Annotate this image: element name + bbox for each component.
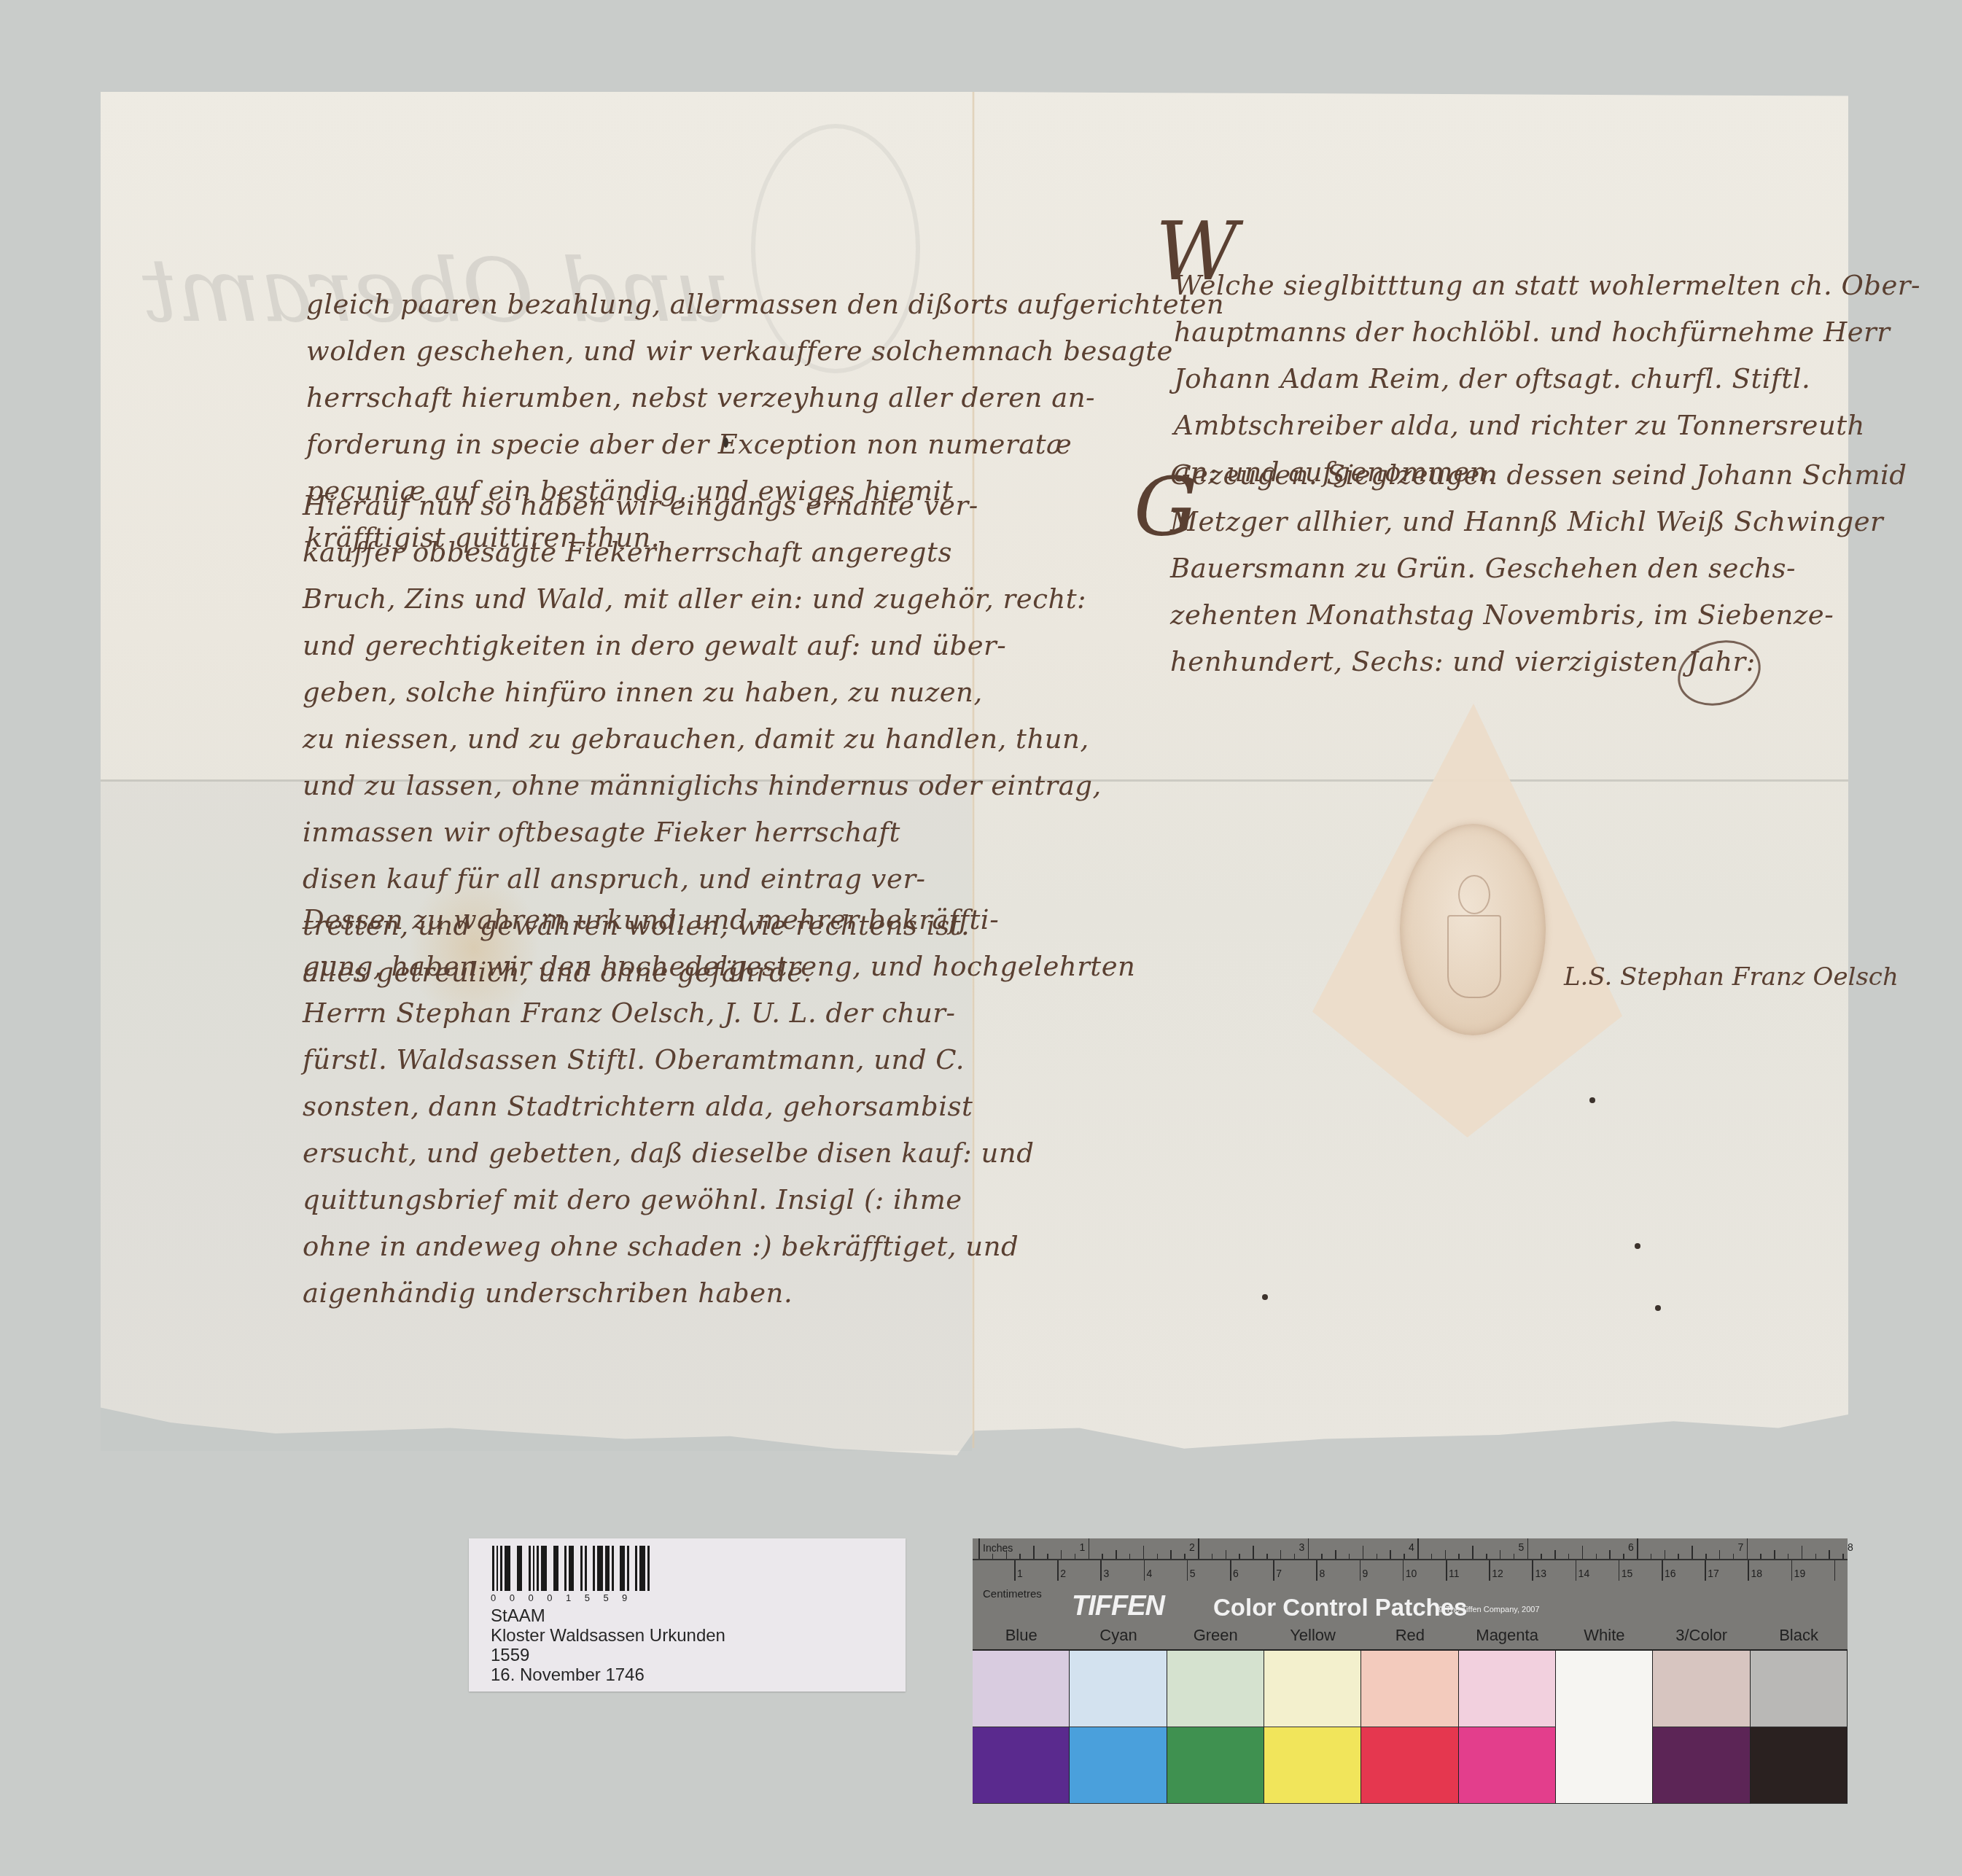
patch-yellow-light (1264, 1651, 1361, 1727)
inch-tick (1280, 1550, 1282, 1559)
archive-label: 00001559 StAAM Kloster Waldsassen Urkund… (469, 1538, 906, 1692)
patch-name-green: Green (1167, 1626, 1264, 1645)
barcode-number: 00001559 (491, 1592, 641, 1603)
inch-tick (1253, 1546, 1254, 1559)
patch-cyan-dark (1070, 1727, 1167, 1804)
cm-tick-label: 8 (1319, 1568, 1325, 1579)
inch-tick (1719, 1550, 1721, 1559)
patch-red-light (1361, 1651, 1458, 1727)
ink-speck (1589, 1097, 1595, 1103)
cm-tick (1187, 1560, 1188, 1581)
inch-tick (1623, 1554, 1624, 1559)
inch-tick (1802, 1546, 1803, 1559)
inch-tick (1129, 1554, 1131, 1559)
inch-tick (1417, 1538, 1419, 1559)
inch-tick (1582, 1546, 1584, 1559)
cm-tick-label: 17 (1708, 1568, 1719, 1579)
patch-name-cyan: Cyan (1070, 1626, 1167, 1645)
inch-tick (1568, 1554, 1570, 1559)
cm-tick (1791, 1560, 1793, 1581)
signature: L.S. Stephan Franz Oelsch (1564, 962, 1899, 992)
patch-white (1556, 1651, 1653, 1804)
cm-tick (1316, 1560, 1317, 1581)
chart-header: Inches 12345678 123456789101112131415161… (973, 1538, 1848, 1649)
inch-tick (1651, 1554, 1652, 1559)
inch-tick (1733, 1554, 1735, 1559)
inch-tick (1500, 1550, 1501, 1559)
patch-red-dark (1361, 1727, 1458, 1804)
cm-tick-label: 5 (1190, 1568, 1196, 1579)
inch-tick (1541, 1554, 1542, 1559)
barcode (492, 1546, 652, 1591)
patch-black-light (1751, 1651, 1848, 1727)
inch-tick (1431, 1554, 1433, 1559)
cm-tick (1489, 1560, 1490, 1581)
inch-tick (1321, 1554, 1323, 1559)
inch-tick (1445, 1550, 1447, 1559)
centimetres-label: Centimetres (983, 1588, 1042, 1600)
ink-speck (1655, 1305, 1661, 1311)
patch-magenta-dark (1459, 1727, 1556, 1804)
inch-tick (978, 1538, 980, 1559)
document-date: 16. November 1746 (491, 1665, 725, 1685)
inch-tick (1596, 1554, 1597, 1559)
inch-tick-label: 8 (1848, 1541, 1853, 1553)
cm-tick-label: 9 (1363, 1568, 1369, 1579)
inch-tick (1143, 1546, 1145, 1559)
inch-tick (1266, 1554, 1268, 1559)
inch-tick-label: 4 (1409, 1541, 1414, 1553)
inch-tick (1335, 1550, 1336, 1559)
inch-tick (1047, 1554, 1048, 1559)
inch-tick (1102, 1554, 1103, 1559)
inch-tick (1527, 1538, 1529, 1559)
patch-name-magenta: Magenta (1458, 1626, 1555, 1645)
inch-tick (1788, 1554, 1789, 1559)
cm-tick (1748, 1560, 1749, 1581)
cm-tick (1576, 1560, 1577, 1581)
seal-helmet-crest (1458, 875, 1490, 914)
cm-tick-label: 19 (1794, 1568, 1806, 1579)
inch-tick (1458, 1554, 1460, 1559)
cm-tick-label: 18 (1751, 1568, 1762, 1579)
cm-tick-label: 13 (1535, 1568, 1546, 1579)
cm-tick (1100, 1560, 1102, 1581)
inch-tick (1363, 1546, 1364, 1559)
ink-speck (1635, 1243, 1640, 1249)
inch-tick (1472, 1546, 1474, 1559)
inch-tick (1170, 1550, 1172, 1559)
inch-tick-label: 2 (1189, 1541, 1195, 1553)
cm-tick-label: 1 (1017, 1568, 1023, 1579)
inch-tick (1006, 1550, 1008, 1559)
inch-tick (1678, 1554, 1679, 1559)
cm-tick-label: 12 (1492, 1568, 1503, 1579)
patch-name-white: White (1556, 1626, 1653, 1645)
cm-ruler: 12345678910111213141516171819 (973, 1560, 1848, 1585)
inch-tick (1349, 1554, 1350, 1559)
cm-tick (1360, 1560, 1361, 1581)
patch-names: Blue Cyan Green Yellow Red Magenta White… (973, 1626, 1848, 1645)
cm-tick (1705, 1560, 1706, 1581)
patch-magenta-light (1459, 1651, 1556, 1727)
patch-name-blue: Blue (973, 1626, 1070, 1645)
ink-speck (1262, 1294, 1268, 1300)
inch-tick (1198, 1538, 1199, 1559)
inch-tick (1294, 1554, 1296, 1559)
inch-tick (1554, 1550, 1556, 1559)
tiffen-logo: TIFFEN (1072, 1591, 1164, 1622)
inch-tick (1116, 1550, 1117, 1559)
cm-tick (1230, 1560, 1231, 1581)
inches-label: Inches (983, 1542, 1013, 1554)
patch-3color-dark (1653, 1727, 1750, 1804)
inch-tick-label: 6 (1628, 1541, 1634, 1553)
inch-tick (1377, 1554, 1378, 1559)
inch-tick (1157, 1554, 1159, 1559)
patch-green-dark (1167, 1727, 1264, 1804)
inch-tick (1212, 1554, 1213, 1559)
cm-tick-label: 3 (1103, 1568, 1109, 1579)
patch-black-dark (1751, 1727, 1848, 1804)
cm-tick (1834, 1560, 1836, 1581)
inch-tick (1665, 1550, 1666, 1559)
inch-tick-label: 7 (1738, 1541, 1744, 1553)
inch-tick (1486, 1554, 1487, 1559)
cm-tick (1273, 1560, 1274, 1581)
inch-tick (1061, 1550, 1062, 1559)
patch-3color-light (1653, 1651, 1750, 1727)
right-page-paragraph-2: Gezeugen. Sieglzeugen dessen seind Johan… (1170, 452, 1907, 685)
ink-speck (723, 437, 728, 448)
inch-tick (1514, 1554, 1515, 1559)
cm-tick (1014, 1560, 1016, 1581)
inch-tick (1089, 1538, 1090, 1559)
inch-tick (1842, 1554, 1844, 1559)
inch-tick (1033, 1546, 1035, 1559)
inch-tick (1019, 1554, 1021, 1559)
seal-coat-of-arms (1447, 915, 1501, 998)
cm-tick-label: 6 (1233, 1568, 1239, 1579)
inch-tick (1705, 1554, 1707, 1559)
cm-tick-label: 2 (1060, 1568, 1066, 1579)
inch-tick (1829, 1550, 1830, 1559)
cm-tick (1403, 1560, 1404, 1581)
cm-tick (1144, 1560, 1145, 1581)
collection-name: Kloster Waldsassen Urkunden (491, 1626, 725, 1646)
document-number: 1559 (491, 1646, 725, 1665)
inch-tick (1308, 1538, 1309, 1559)
patch-green-light (1167, 1651, 1264, 1727)
chart-title: Color Control Patches (1213, 1594, 1467, 1622)
patch-name-yellow: Yellow (1264, 1626, 1361, 1645)
cm-tick-label: 10 (1406, 1568, 1417, 1579)
inch-tick (1226, 1550, 1227, 1559)
inch-tick-label: 3 (1299, 1541, 1305, 1553)
inch-tick-label: 5 (1519, 1541, 1525, 1553)
cm-tick (1532, 1560, 1533, 1581)
cm-tick (1057, 1560, 1059, 1581)
label-text: StAAM Kloster Waldsassen Urkunden 1559 1… (491, 1606, 725, 1685)
patch-name-red: Red (1361, 1626, 1458, 1645)
color-control-chart: Inches 12345678 123456789101112131415161… (973, 1538, 1848, 1802)
cm-tick (1619, 1560, 1620, 1581)
inch-tick-label: 1 (1080, 1541, 1086, 1553)
inch-tick (1815, 1554, 1817, 1559)
inch-tick (1239, 1554, 1240, 1559)
patch-name-black: Black (1750, 1626, 1847, 1645)
inch-tick (1760, 1554, 1761, 1559)
cm-tick-label: 15 (1622, 1568, 1633, 1579)
archive-name: StAAM (491, 1606, 725, 1626)
inch-tick (1404, 1554, 1405, 1559)
cm-tick-label: 7 (1276, 1568, 1282, 1579)
patch-name-3color: 3/Color (1653, 1626, 1750, 1645)
inch-tick (1774, 1550, 1775, 1559)
inch-tick (1692, 1546, 1693, 1559)
cm-tick-label: 14 (1578, 1568, 1590, 1579)
inch-tick (1637, 1538, 1638, 1559)
cm-tick-label: 11 (1449, 1568, 1460, 1579)
cm-tick-label: 4 (1147, 1568, 1153, 1579)
inch-tick (1747, 1538, 1748, 1559)
patch-cyan-light (1070, 1651, 1167, 1727)
cm-tick (1662, 1560, 1663, 1581)
patch-blue-light (973, 1651, 1070, 1727)
inch-tick (1184, 1554, 1186, 1559)
color-patches (973, 1649, 1848, 1804)
inch-tick (1075, 1554, 1076, 1559)
inch-tick (1609, 1550, 1611, 1559)
copyright: © The Tiffen Company, 2007 (1438, 1606, 1540, 1614)
inch-tick (1390, 1550, 1391, 1559)
patch-blue-dark (973, 1727, 1070, 1804)
left-page-paragraph-3: Dessen zu wahrem urkund, und mehrer bekr… (303, 897, 1135, 1317)
inch-tick (992, 1554, 994, 1559)
inch-ruler: Inches 12345678 (973, 1538, 1848, 1560)
cm-tick-label: 16 (1665, 1568, 1676, 1579)
cm-tick (1446, 1560, 1447, 1581)
patch-yellow-dark (1264, 1727, 1361, 1804)
